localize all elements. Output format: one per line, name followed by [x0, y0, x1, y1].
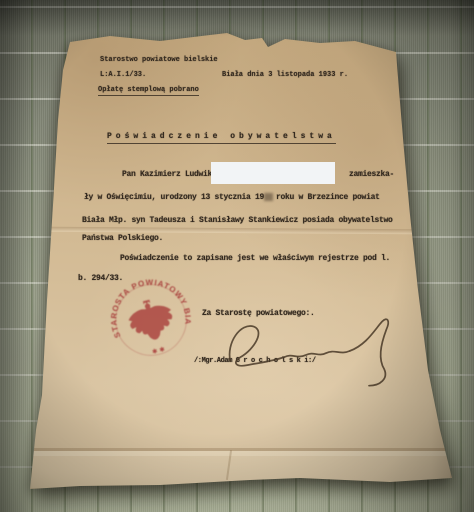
body-line-4: Państwa Polskiego.: [82, 234, 163, 243]
handwritten-signature: [216, 314, 420, 388]
surname-redaction-box: [211, 162, 335, 184]
body-line-2-post: roku w Brzezince powiat: [276, 193, 380, 202]
body-line-3: Biała Młp. syn Tadeusza i Stanisławy Sta…: [82, 216, 393, 225]
body-line-6: b. 294/33.: [78, 274, 123, 283]
body-line-1-prefix: Pan Kazimierz Ludwik: [122, 170, 212, 179]
issuing-office: Starostwo powiatowe bielskie: [100, 56, 218, 64]
round-official-stamp: STAROSTA POWIATOWY BIALSKI ✱ ✱: [95, 268, 207, 372]
place-and-date: Biała dnia 3 listopada 1933 r.: [222, 71, 348, 79]
body-line-2: ły w Oświęcimiu, urodzony 13 stycznia 19…: [84, 193, 380, 202]
bottom-fold-flap: [30, 448, 450, 488]
stamp-fee-note: Opłatę stemplową pobrano: [98, 86, 199, 96]
body-line-1-suffix: zamieszka-: [349, 170, 394, 179]
paper-shadow: Starostwo powiatowe bielskie L:A.I.1/33.…: [0, 0, 474, 512]
obscured-year-smudge: [264, 193, 273, 201]
body-line-5: Poświadczenie to zapisane jest we właści…: [120, 254, 390, 263]
certificate-paper: Starostwo powiatowe bielskie L:A.I.1/33.…: [0, 0, 474, 512]
document-title: Poświadczenie obywatelstwa: [107, 132, 336, 144]
photographed-document: Starostwo powiatowe bielskie L:A.I.1/33.…: [0, 0, 474, 512]
reference-number: L:A.I.1/33.: [100, 71, 146, 79]
body-line-2-pre: ły w Oświęcimiu, urodzony 13 stycznia 19: [84, 193, 264, 202]
polish-eagle-icon: [125, 295, 177, 345]
stamp-bottom-marks: ✱ ✱: [151, 345, 166, 356]
